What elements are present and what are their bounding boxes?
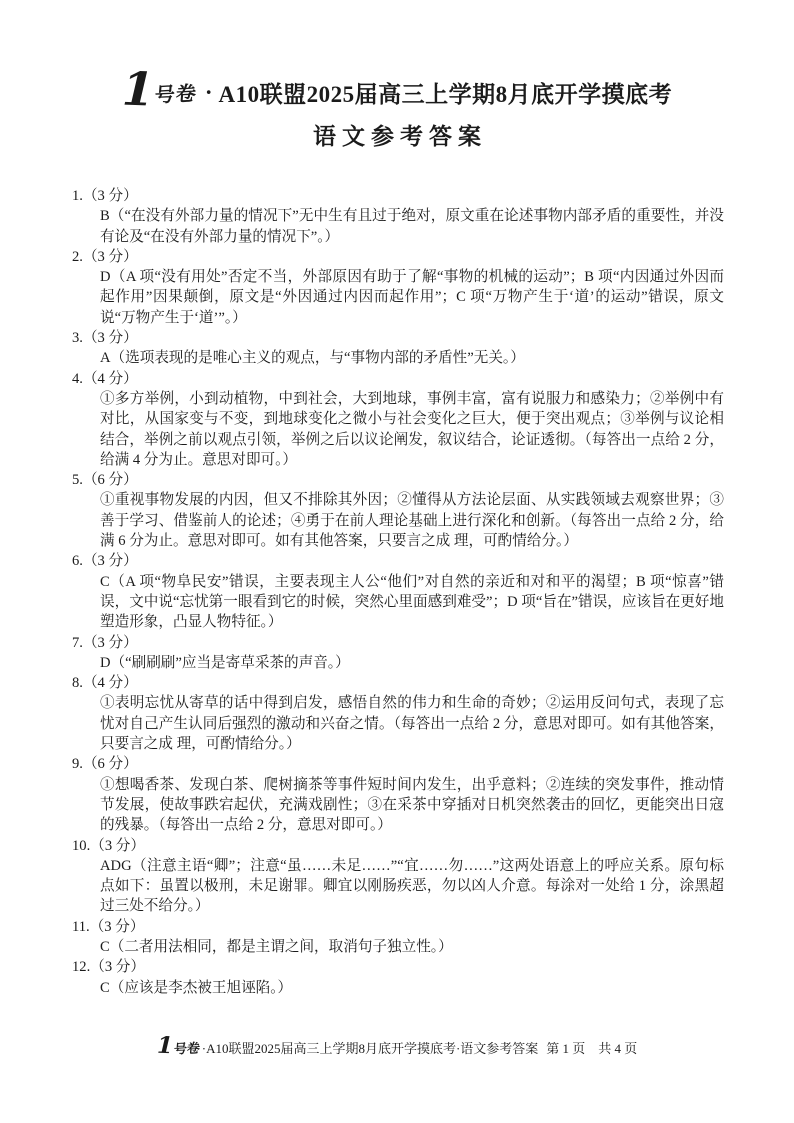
page-footer: 1 号卷 ·A10联盟2025届高三上学期8月底开学摸底考·语文参考答案 第 1… xyxy=(0,1038,794,1057)
answer-body: ①想喝香茶、发现白茶、爬树摘茶等事件短时间内发生，出乎意料；②连续的突发事件，推… xyxy=(100,775,724,836)
answer-item-9: 9.（6 分） ①想喝香茶、发现白茶、爬树摘茶等事件短时间内发生，出乎意料；②连… xyxy=(72,754,724,835)
answer-body: C（应该是李杰被王旭诬陷。） xyxy=(100,978,724,998)
answer-key-subtitle: 语文参考答案 xyxy=(0,118,794,151)
answer-body: D（A 项“没有用处”否定不当，外部原因有助于了解“事物的机械的运动”；B 项“… xyxy=(100,267,724,328)
footer-logo-numeral-icon: 1 xyxy=(156,1035,172,1056)
footer-page-number: 第 1 页 共 4 页 xyxy=(546,1038,637,1057)
answer-label: 3.（3 分） xyxy=(72,328,724,348)
answer-item-10: 10.（3 分） ADG（注意主语“卿”；注意“虽……未足……”“宜……勿……”… xyxy=(72,836,724,917)
document-header: 1 号卷 · A10联盟2025届高三上学期8月底开学摸底考 语文参考答案 xyxy=(0,76,794,151)
answer-item-12: 12.（3 分） C（应该是李杰被王旭诬陷。） xyxy=(72,957,724,998)
answers-list: 1.（3 分） B（“在没有外部力量的情况下”无中生有且过于绝对，原文重在论述事… xyxy=(72,186,724,998)
answer-label: 6.（3 分） xyxy=(72,551,724,571)
answer-item-1: 1.（3 分） B（“在没有外部力量的情况下”无中生有且过于绝对，原文重在论述事… xyxy=(72,186,724,247)
answer-body: D（“刷刷刷”应当是寄草采茶的声音。） xyxy=(100,653,724,673)
answer-label: 8.（4 分） xyxy=(72,673,724,693)
exam-title: A10联盟2025届高三上学期8月底开学摸底考 xyxy=(219,76,673,109)
footer-exam-title: ·A10联盟2025届高三上学期8月底开学摸底考·语文参考答案 xyxy=(202,1038,539,1057)
answer-label: 5.（6 分） xyxy=(72,470,724,490)
footer-brand-logo: 1 号卷 xyxy=(157,1038,200,1057)
answer-body: C（A 项“物阜民安”错误，主要表现主人公“他们”对自然的亲近和对和平的渴望；B… xyxy=(100,572,724,633)
answer-body: ①重视事物发展的内因，但又不排除其外因；②懂得从方法论层面、从实践领域去观察世界… xyxy=(100,490,724,551)
answer-label: 7.（3 分） xyxy=(72,633,724,653)
answer-item-11: 11.（3 分） C（二者用法相同，都是主谓之间，取消句子独立性。） xyxy=(72,917,724,958)
answer-label: 9.（6 分） xyxy=(72,754,724,774)
title-line: 1 号卷 · A10联盟2025届高三上学期8月底开学摸底考 xyxy=(0,76,794,109)
answer-body: B（“在没有外部力量的情况下”无中生有且过于绝对，原文重在论述事物内部矛盾的重要… xyxy=(100,206,724,247)
answer-key-page: 1 号卷 · A10联盟2025届高三上学期8月底开学摸底考 语文参考答案 1.… xyxy=(0,76,794,998)
brand-logo: 1 号卷 xyxy=(122,77,197,109)
answer-label: 10.（3 分） xyxy=(72,836,724,856)
footer-logo-brand-characters: 号卷 xyxy=(173,1037,201,1057)
answer-body: A（选项表现的是唯心主义的观点，与“事物内部的矛盾性”无关。） xyxy=(100,348,724,368)
answer-body: C（二者用法相同，都是主谓之间，取消句子独立性。） xyxy=(100,937,724,957)
answer-item-4: 4.（4 分） ①多方举例，小到动植物，中到社会，大到地球，事例丰富，富有说服力… xyxy=(72,369,724,470)
logo-brand-characters: 号卷 xyxy=(153,77,198,108)
answer-item-6: 6.（3 分） C（A 项“物阜民安”错误，主要表现主人公“他们”对自然的亲近和… xyxy=(72,551,724,632)
answer-label: 1.（3 分） xyxy=(72,186,724,206)
answer-label: 4.（4 分） xyxy=(72,369,724,389)
answer-item-2: 2.（3 分） D（A 项“没有用处”否定不当，外部原因有助于了解“事物的机械的… xyxy=(72,247,724,328)
answer-body: ①多方举例，小到动植物，中到社会，大到地球，事例丰富，富有说服力和感染力；②举例… xyxy=(100,389,724,470)
title-separator-dot: · xyxy=(205,80,213,106)
logo-numeral-icon: 1 xyxy=(121,68,152,109)
answer-body: ①表明忘忧从寄草的话中得到启发，感悟自然的伟力和生命的奇妙；②运用反问句式，表现… xyxy=(100,693,724,754)
answer-label: 2.（3 分） xyxy=(72,247,724,267)
answer-item-8: 8.（4 分） ①表明忘忧从寄草的话中得到启发，感悟自然的伟力和生命的奇妙；②运… xyxy=(72,673,724,754)
answer-item-7: 7.（3 分） D（“刷刷刷”应当是寄草采茶的声音。） xyxy=(72,633,724,674)
answer-item-5: 5.（6 分） ①重视事物发展的内因，但又不排除其外因；②懂得从方法论层面、从实… xyxy=(72,470,724,551)
answer-label: 11.（3 分） xyxy=(72,917,724,937)
answer-label: 12.（3 分） xyxy=(72,957,724,977)
answer-item-3: 3.（3 分） A（选项表现的是唯心主义的观点，与“事物内部的矛盾性”无关。） xyxy=(72,328,724,369)
answer-body: ADG（注意主语“卿”；注意“虽……未足……”“宜……勿……”这两处语意上的呼应… xyxy=(100,856,724,917)
